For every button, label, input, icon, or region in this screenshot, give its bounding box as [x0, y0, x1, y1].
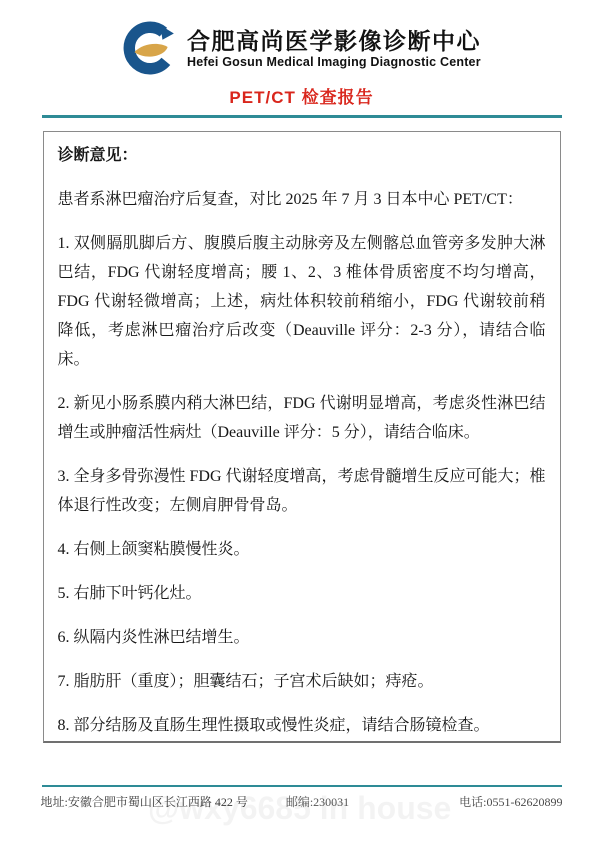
- header-divider: [42, 115, 562, 118]
- finding-item-7: 7. 脂肪肝（重度）；胆囊结石；子宫术后缺如；痔疮。: [58, 667, 546, 696]
- footer-address: 地址:安徽合肥市蜀山区长江西路 422 号: [41, 793, 286, 810]
- diagnosis-box: 诊断意见： 患者系淋巴瘤治疗后复查，对比 2025 年 7 月 3 日本中心 P…: [43, 131, 561, 743]
- org-names: 合肥高尚医学影像诊断中心 Hefei Gosun Medical Imaging…: [187, 27, 481, 70]
- diagnosis-intro: 患者系淋巴瘤治疗后复查，对比 2025 年 7 月 3 日本中心 PET/CT：: [58, 185, 546, 214]
- footer-postcode: 邮编:230031: [286, 793, 349, 810]
- org-name-en: Hefei Gosun Medical Imaging Diagnostic C…: [187, 55, 481, 69]
- report-title: PET/CT 检查报告: [0, 83, 603, 108]
- finding-item-6: 6. 纵隔内炎性淋巴结增生。: [58, 623, 546, 652]
- finding-item-3: 3. 全身多骨弥漫性 FDG 代谢轻度增高，考虑骨髓增生反应可能大；椎体退行性改…: [58, 462, 546, 520]
- footer-divider: [42, 785, 562, 787]
- finding-item-4: 4. 右侧上颌窦粘膜慢性炎。: [58, 535, 546, 564]
- finding-item-5: 5. 右肺下叶钙化灶。: [58, 579, 546, 608]
- diagnosis-section-label: 诊断意见：: [58, 141, 546, 170]
- finding-item-8: 8. 部分结肠及直肠生理性摄取或慢性炎症，请结合肠镜检查。: [58, 711, 546, 740]
- finding-item-2: 2. 新见小肠系膜内稍大淋巴结，FDG 代谢明显增高，考虑炎性淋巴结增生或肿瘤活…: [58, 389, 546, 447]
- footer-phone: 电话:0551-62620899: [459, 793, 562, 810]
- footer-contact-row: 地址:安徽合肥市蜀山区长江西路 422 号 邮编:230031 电话:0551-…: [41, 793, 563, 810]
- finding-item-1: 1. 双侧膈肌脚后方、腹膜后腹主动脉旁及左侧髂总血管旁多发肿大淋巴结，FDG 代…: [58, 229, 546, 374]
- report-header: 合肥高尚医学影像诊断中心 Hefei Gosun Medical Imaging…: [0, 0, 603, 76]
- org-name-cn: 合肥高尚医学影像诊断中心: [187, 27, 481, 56]
- gosun-logo-icon: [122, 20, 178, 76]
